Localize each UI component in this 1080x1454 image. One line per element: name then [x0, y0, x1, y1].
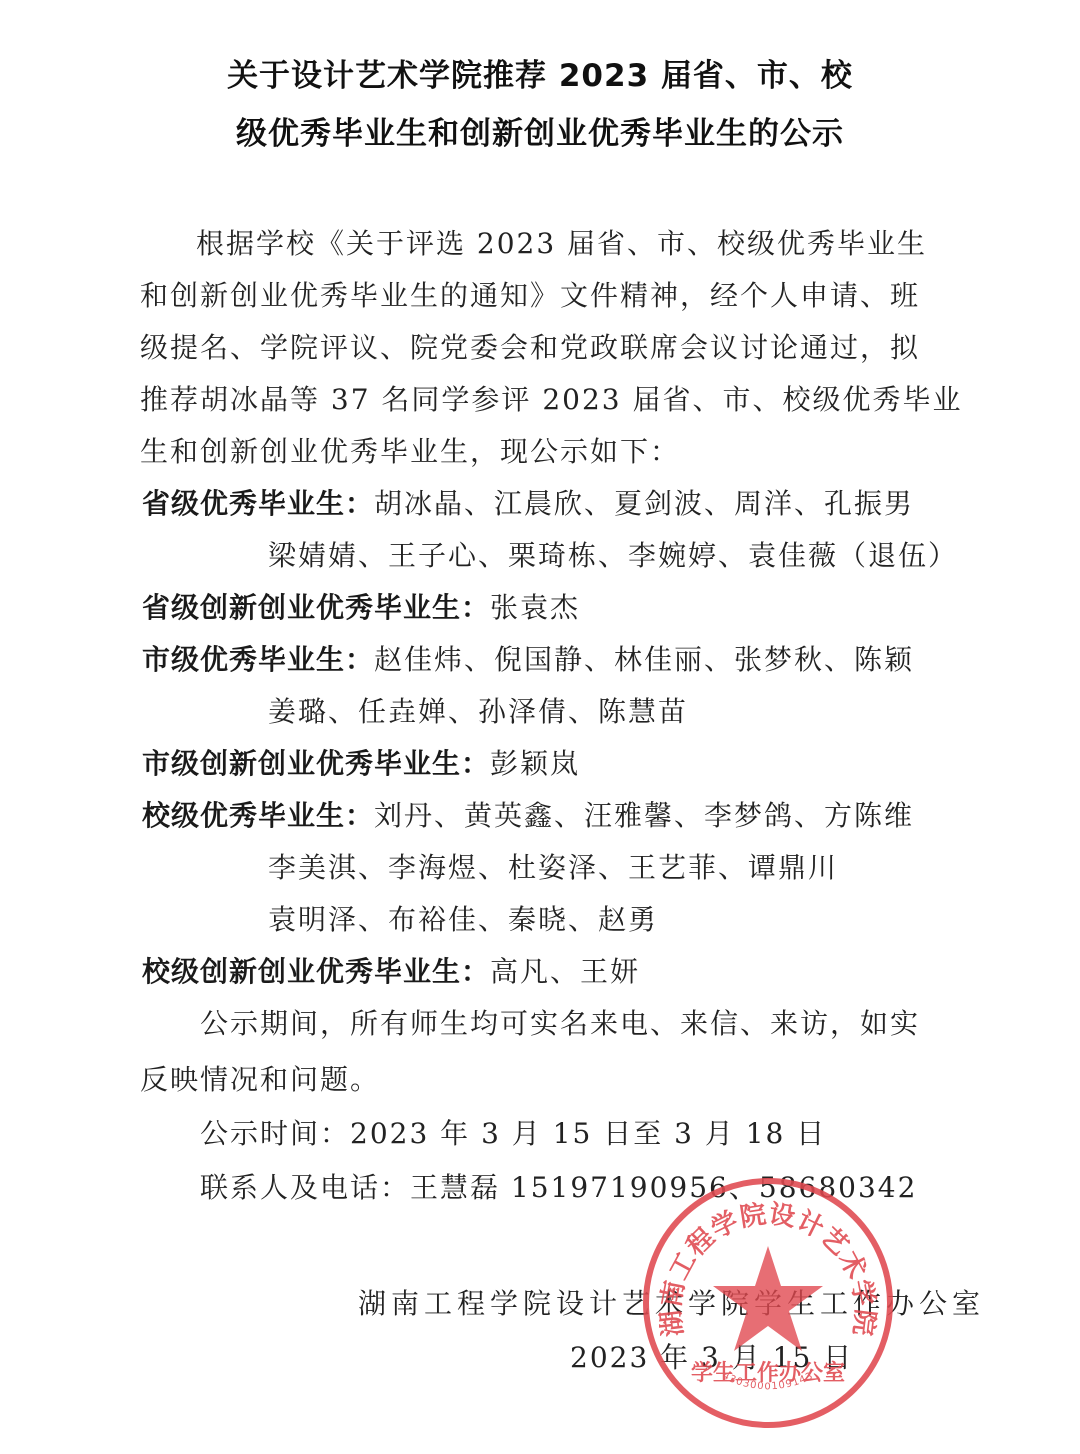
category-label: 省级优秀毕业生： — [142, 487, 374, 520]
official-seal: 湖南工程学院设计艺术学院 学生工作办公室 4303000109143 — [643, 1178, 893, 1428]
intro-line-1: 根据学校《关于评选 2023 届省、市、校级优秀毕业生 — [196, 222, 927, 262]
category-label: 市级创新创业优秀毕业生： — [142, 747, 490, 780]
category-names: 张袁杰 — [490, 591, 580, 624]
category-school-outstanding: 校级优秀毕业生：刘丹、黄英鑫、汪雅馨、李梦鸽、方陈维 — [142, 794, 914, 834]
category-names: 胡冰晶、江晨欣、夏剑波、周洋、孔振男 — [374, 487, 914, 520]
category-names: 赵佳炜、倪国静、林佳丽、张梦秋、陈颖 — [374, 643, 914, 676]
category-label: 校级优秀毕业生： — [142, 799, 374, 832]
intro-line-2: 和创新创业优秀毕业生的通知》文件精神，经个人申请、班 — [140, 274, 920, 314]
category-names-continued: 袁明泽、布裕佳、秦晓、赵勇 — [268, 898, 658, 938]
intro-line-5: 生和创新创业优秀毕业生，现公示如下： — [140, 430, 680, 470]
category-label: 校级创新创业优秀毕业生： — [142, 955, 490, 988]
document-page: 关于设计艺术学院推荐 2023 届省、市、校 级优秀毕业生和创新创业优秀毕业生的… — [0, 0, 1080, 1454]
contact-label: 联系人及电话： — [200, 1171, 410, 1204]
period-label: 公示时间： — [200, 1117, 350, 1150]
category-names: 彭颖岚 — [490, 747, 580, 780]
category-city-outstanding: 市级优秀毕业生：赵佳炜、倪国静、林佳丽、张梦秋、陈颖 — [142, 638, 914, 678]
intro-line-4: 推荐胡冰晶等 37 名同学参评 2023 届省、市、校级优秀毕业 — [140, 378, 963, 418]
intro-line-3: 级提名、学院评议、院党委会和党政联席会议讨论通过，拟 — [140, 326, 920, 366]
category-names-continued: 姜璐、任垚婵、孙泽倩、陈慧苗 — [268, 690, 688, 730]
category-names-continued: 梁婧婧、王子心、栗琦栋、李婉婷、袁佳薇（退伍） — [268, 534, 958, 574]
seal-star-icon: 湖南工程学院设计艺术学院 学生工作办公室 4303000109143 — [649, 1184, 887, 1422]
period-value: 2023 年 3 月 15 日至 3 月 18 日 — [350, 1117, 826, 1150]
category-label: 市级优秀毕业生： — [142, 643, 374, 676]
document-title-line-2: 级优秀毕业生和创新创业优秀毕业生的公示 — [0, 108, 1080, 153]
category-school-innovation: 校级创新创业优秀毕业生：高凡、王妍 — [142, 950, 640, 990]
publicity-period: 公示时间：2023 年 3 月 15 日至 3 月 18 日 — [200, 1112, 826, 1152]
category-provincial-innovation: 省级创新创业优秀毕业生：张袁杰 — [142, 586, 580, 626]
category-city-innovation: 市级创新创业优秀毕业生：彭颖岚 — [142, 742, 580, 782]
document-title-line-1: 关于设计艺术学院推荐 2023 届省、市、校 — [0, 50, 1080, 95]
category-label: 省级创新创业优秀毕业生： — [142, 591, 490, 624]
notice-line-2: 反映情况和问题。 — [140, 1058, 380, 1098]
category-provincial-outstanding: 省级优秀毕业生：胡冰晶、江晨欣、夏剑波、周洋、孔振男 — [142, 482, 914, 522]
notice-line-1: 公示期间，所有师生均可实名来电、来信、来访，如实 — [200, 1002, 920, 1042]
category-names: 高凡、王妍 — [490, 955, 640, 988]
category-names: 刘丹、黄英鑫、汪雅馨、李梦鸽、方陈维 — [374, 799, 914, 832]
category-names-continued: 李美淇、李海煜、杜姿泽、王艺菲、谭鼎川 — [268, 846, 838, 886]
